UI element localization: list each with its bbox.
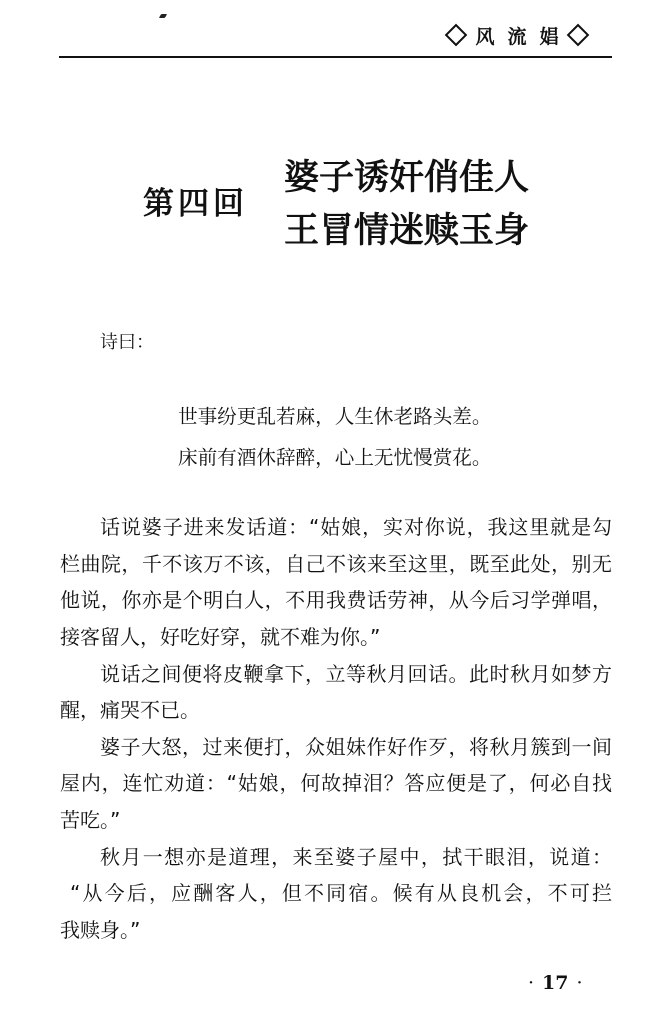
chapter-number: 第四回 — [143, 178, 248, 223]
page-number-value: 17 — [542, 972, 568, 994]
body-line: 婆子大怒，过来便打，众姐妹作好作歹，将秋月簇到一间 — [100, 735, 612, 759]
body-line: 话说婆子进来发话道：“姑娘，实对你说，我这里就是勾 — [100, 515, 612, 539]
body-line: 苦吃。” — [60, 808, 612, 832]
book-page: 风 流 娼 第四回 婆子诱奸俏佳人 王冒情迷赎玉身 诗曰： 世事纷更乱若麻，人生… — [0, 0, 653, 1023]
header-char: 流 — [507, 22, 527, 49]
body-line: 接客留人，好吃好穿，就不难为你。” — [60, 625, 612, 649]
header-char: 风 — [475, 22, 495, 49]
running-header: 风 流 娼 — [443, 22, 591, 48]
body-line: 栏曲院，千不该万不该，自己不该来至这里，既至此处，别无 — [60, 552, 612, 576]
body-line: “从今后，应酬客人，但不同宿。候有从良机会，不可拦 — [70, 881, 612, 905]
page-number-dot-left: · — [528, 972, 534, 994]
chapter-title-line-1: 婆子诱奸俏佳人 — [284, 150, 529, 200]
poem-intro: 诗曰： — [100, 328, 154, 354]
page-number-dot-right: · — [577, 972, 583, 994]
poem-line-2: 床前有酒休辞醉，心上无忧慢赏花。 — [178, 441, 492, 470]
chapter-title-line-2: 王冒情迷赎玉身 — [284, 203, 529, 253]
body-line: 我赎身。” — [60, 918, 612, 942]
header-char: 娼 — [539, 22, 559, 49]
body-line: 醒，痛哭不已。 — [60, 698, 612, 722]
diamond-ornament-icon — [445, 24, 468, 47]
page-number: ·17· — [520, 972, 591, 994]
body-line: 说话之间便将皮鞭拿下，立等秋月回话。此时秋月如梦方 — [100, 662, 612, 686]
diamond-ornament-icon — [567, 24, 590, 47]
poem-line-1: 世事纷更乱若麻，人生休老路头差。 — [178, 400, 492, 429]
body-line: 秋月一想亦是道理，来至婆子屋中，拭干眼泪，说道： — [100, 845, 612, 869]
scan-speck — [159, 14, 167, 18]
header-rule — [59, 56, 612, 58]
body-line: 他说，你亦是个明白人，不用我费话劳神，从今后习学弹唱， — [60, 588, 612, 612]
body-line: 屋内，连忙劝道：“姑娘，何故掉泪？答应便是了，何必自找 — [60, 771, 612, 795]
